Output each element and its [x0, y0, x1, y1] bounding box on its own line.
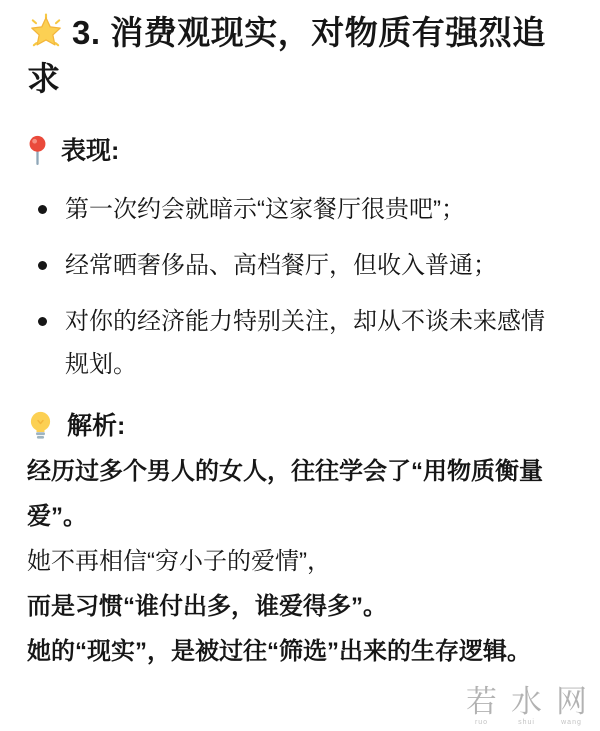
watermark-subtext: shui — [511, 718, 542, 727]
list-item: 经常晒奢侈品、高档餐厅，但收入普通； — [27, 244, 547, 287]
section-label-performance: 表现: — [27, 135, 547, 166]
watermark: 若ruo水shui网wang — [466, 685, 587, 727]
watermark-char: 网 — [556, 685, 587, 718]
analysis-line: 她不再相信“穷小子的爱情”， — [27, 539, 547, 584]
glowing-star-icon — [27, 14, 72, 51]
analysis-label: 解析: — [67, 411, 125, 441]
analysis-line: 经历过多个男人的女人，往往学会了“用物质衡量爱”。 — [27, 449, 547, 539]
heading-text: 3. 消费观现实，对物质有强烈追求 — [27, 14, 546, 97]
page-title: 3. 消费观现实，对物质有强烈追求 — [27, 10, 547, 102]
analysis-line: 而是习惯“谁付出多，谁爱得多”。 — [27, 584, 547, 629]
performance-list: 第一次约会就暗示“这家餐厅很贵吧”；经常晒奢侈品、高档餐厅，但收入普通；对你的经… — [27, 188, 547, 386]
section-label-analysis: 解析: — [27, 411, 547, 441]
article: 3. 消费观现实，对物质有强烈追求 表现: 第一次约会就暗示“这家餐厅很贵吧”；… — [0, 0, 600, 674]
watermark-char: 若 — [466, 685, 497, 718]
lightbulb-icon — [27, 411, 54, 441]
watermark-subtext: ruo — [466, 718, 497, 727]
list-item: 对你的经济能力特别关注，却从不谈未来感情规划。 — [27, 300, 547, 386]
watermark-column: 水shui — [511, 685, 542, 727]
watermark-subtext: wang — [556, 718, 587, 727]
watermark-char: 水 — [511, 685, 542, 718]
analysis-line: 她的“现实”，是被过往“筛选”出来的生存逻辑。 — [27, 629, 547, 674]
performance-label: 表现: — [61, 136, 119, 166]
list-item: 第一次约会就暗示“这家餐厅很贵吧”； — [27, 188, 547, 231]
analysis-body: 经历过多个男人的女人，往往学会了“用物质衡量爱”。她不再相信“穷小子的爱情”，而… — [27, 449, 547, 674]
watermark-column: 若ruo — [466, 685, 497, 727]
watermark-column: 网wang — [556, 685, 587, 727]
pushpin-icon — [27, 135, 48, 166]
